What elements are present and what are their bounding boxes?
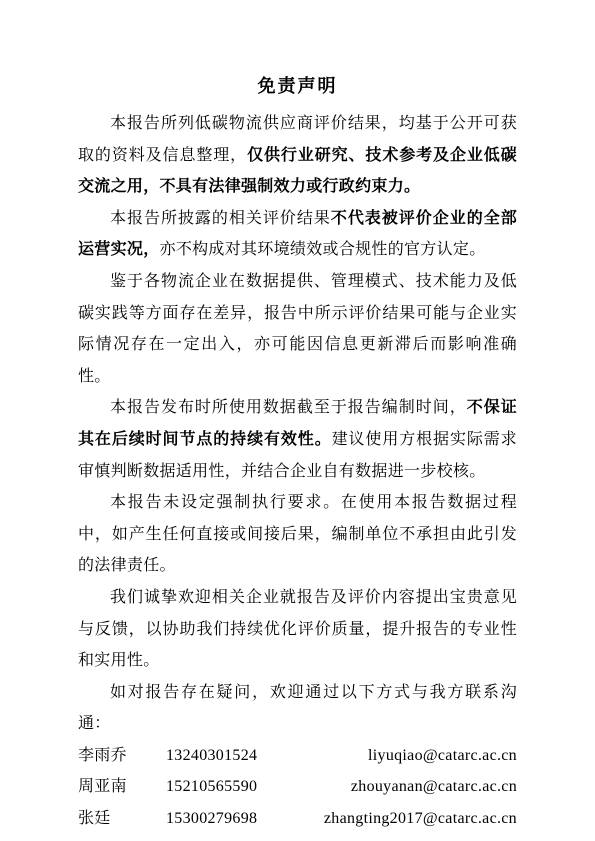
paragraph: 如对报告存在疑问，欢迎通过以下方式与我方联系沟通：	[78, 677, 517, 740]
body-text: 如对报告存在疑问，欢迎通过以下方式与我方联系沟通：	[78, 684, 517, 733]
contact-list: 李雨乔13240301524liyuqiao@catarc.ac.cn周亚南15…	[78, 740, 517, 835]
contact-phone: 15300279698	[166, 803, 257, 835]
body-text: 我们诚挚欢迎相关企业就报告及评价内容提出宝贵意见与反馈，以协助我们持续优化评价质…	[78, 589, 517, 669]
contact-email: zhouyanan@catarc.ac.cn	[351, 771, 517, 803]
paragraph: 本报告未设定强制执行要求。在使用本报告数据过程中，如产生任何直接或间接后果，编制…	[78, 487, 517, 582]
disclaimer-paragraphs: 本报告所列低碳物流供应商评价结果，均基于公开可获取的资料及信息整理，仅供行业研究…	[78, 108, 517, 740]
contact-row: 周亚南15210565590zhouyanan@catarc.ac.cn	[78, 771, 517, 803]
contact-row: 张廷15300279698zhangting2017@catarc.ac.cn	[78, 803, 517, 835]
body-text: 本报告未设定强制执行要求。在使用本报告数据过程中，如产生任何直接或间接后果，编制…	[78, 494, 517, 574]
contact-name: 周亚南	[78, 771, 166, 803]
page-content: 免责声明 本报告所列低碳物流供应商评价结果，均基于公开可获取的资料及信息整理，仅…	[78, 72, 517, 835]
body-text: 本报告发布时所使用数据截至于报告编制时间，	[110, 399, 467, 416]
body-text: 亦不构成对其环境绩效或合规性的官方认定。	[160, 241, 486, 258]
page-title: 免责声明	[78, 72, 517, 100]
paragraph: 本报告发布时所使用数据截至于报告编制时间，不保证其在后续时间节点的持续有效性。建…	[78, 392, 517, 487]
paragraph: 本报告所列低碳物流供应商评价结果，均基于公开可获取的资料及信息整理，仅供行业研究…	[78, 108, 517, 203]
contact-email: liyuqiao@catarc.ac.cn	[368, 740, 517, 772]
contact-email: zhangting2017@catarc.ac.cn	[324, 803, 517, 835]
contact-row: 李雨乔13240301524liyuqiao@catarc.ac.cn	[78, 740, 517, 772]
paragraph: 本报告所披露的相关评价结果不代表被评价企业的全部运营实况，亦不构成对其环境绩效或…	[78, 203, 517, 266]
paragraph: 鉴于各物流企业在数据提供、管理模式、技术能力及低碳实践等方面存在差异，报告中所示…	[78, 266, 517, 392]
contact-name: 张廷	[78, 803, 166, 835]
contact-name: 李雨乔	[78, 740, 166, 772]
body-text: 本报告所披露的相关评价结果	[110, 210, 331, 227]
contact-phone: 13240301524	[166, 740, 257, 772]
paragraph: 我们诚挚欢迎相关企业就报告及评价内容提出宝贵意见与反馈，以协助我们持续优化评价质…	[78, 582, 517, 677]
document-page: 免责声明 本报告所列低碳物流供应商评价结果，均基于公开可获取的资料及信息整理，仅…	[0, 0, 595, 841]
body-text: 鉴于各物流企业在数据提供、管理模式、技术能力及低碳实践等方面存在差异，报告中所示…	[78, 273, 517, 385]
contact-phone: 15210565590	[166, 771, 257, 803]
